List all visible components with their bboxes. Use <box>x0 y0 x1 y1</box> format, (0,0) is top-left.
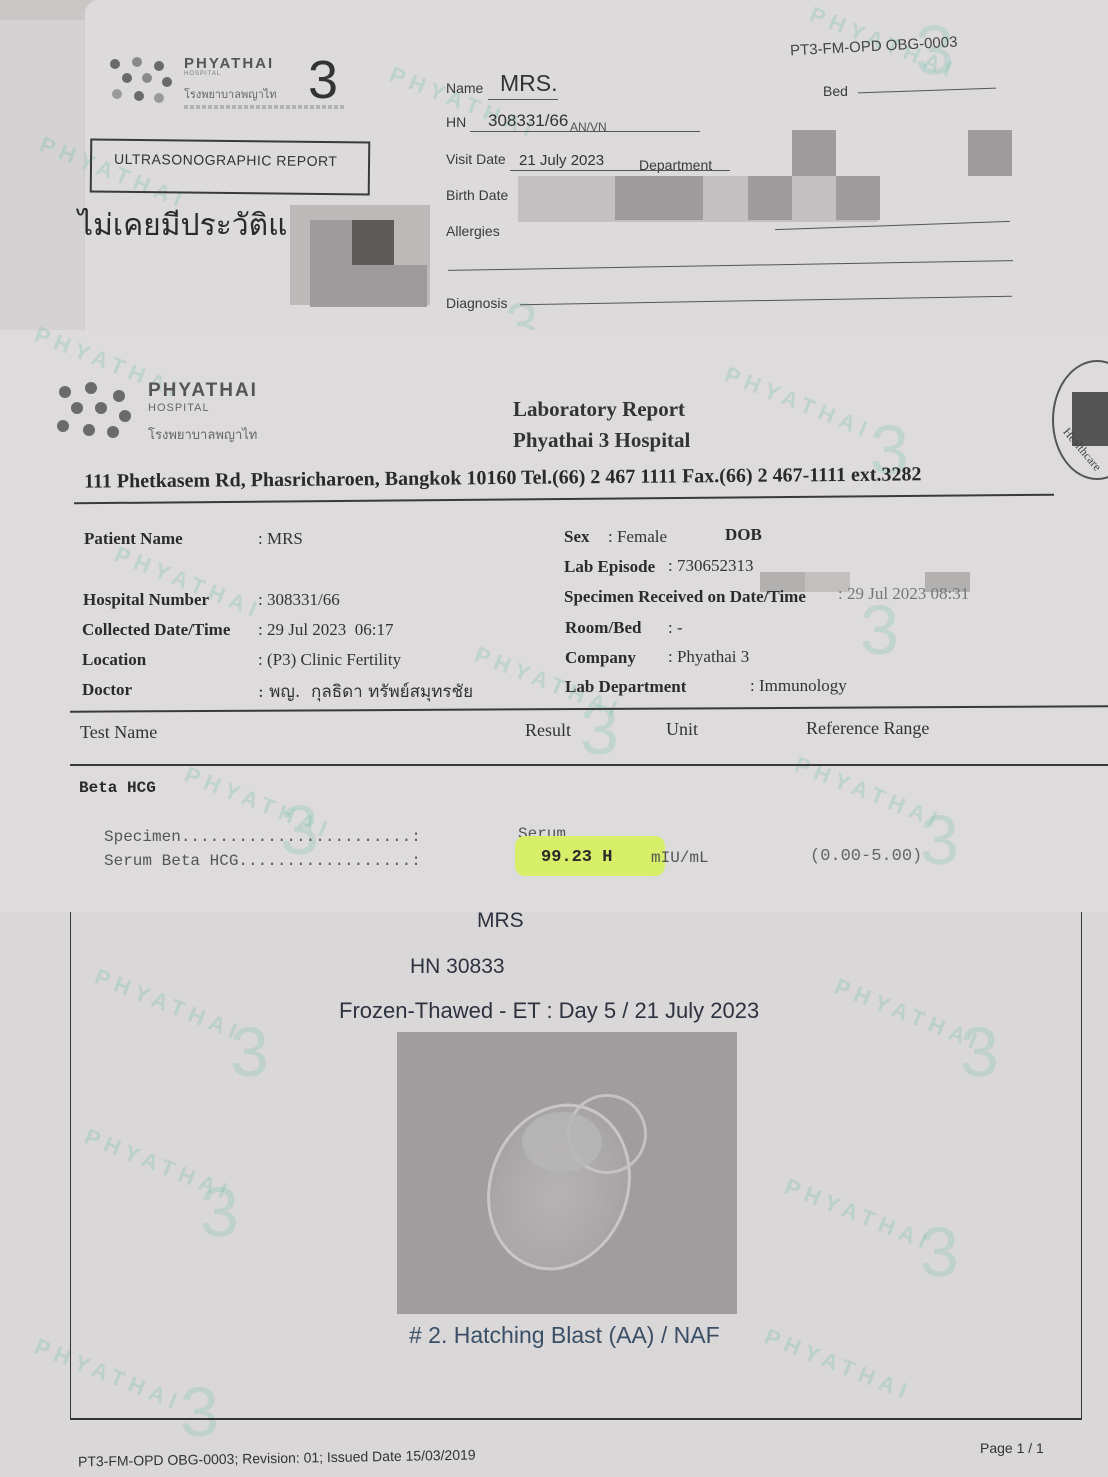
redacted-block <box>792 130 836 176</box>
logo-sub: HOSPITAL <box>184 71 221 77</box>
patient-name-label: Patient Name <box>84 529 183 549</box>
company-value: : Phyathai 3 <box>668 647 749 667</box>
lab-report-title: Laboratory Report <box>513 397 685 422</box>
visit-date-label: Visit Date <box>446 151 506 167</box>
logo-address-line <box>184 105 344 109</box>
redacted-block <box>352 265 427 307</box>
table-header-divider <box>70 764 1108 766</box>
embryo-patient-name: MRS <box>477 909 524 933</box>
lab-department-value: : Immunology <box>750 676 847 696</box>
redacted-block <box>310 220 355 265</box>
embryo-caption: # 2. Hatching Blast (AA) / NAF <box>409 1322 720 1349</box>
beta-hcg-reference-range: (0.00-5.00) <box>810 847 922 866</box>
report-title: ULTRASONOGRAPHIC REPORT <box>114 151 338 169</box>
hn-label: HN <box>446 114 466 130</box>
bed-label: Bed <box>823 83 848 99</box>
room-bed-label: Room/Bed <box>565 618 642 638</box>
redacted-block <box>748 176 792 220</box>
embryo-inner-cell-mass <box>522 1112 602 1172</box>
logo-name: PHYATHAI <box>148 380 258 402</box>
page-number: Page 1 / 1 <box>980 1440 1044 1456</box>
embryo-hn: HN 30833 <box>410 955 505 979</box>
sex-label: Sex <box>564 527 590 547</box>
logo-thai: โรงพยาบาลพญาไท <box>184 85 277 103</box>
embryo-transfer-line: Frozen-Thawed - ET : Day 5 / 21 July 202… <box>339 998 759 1024</box>
test-group-beta-hcg: Beta HCG <box>79 779 156 797</box>
watermark: PHYATHAI <box>111 542 266 625</box>
location-label: Location <box>82 650 146 670</box>
location-value: : (P3) Clinic Fertility <box>258 650 401 670</box>
collected-datetime-label: Collected Date/Time <box>82 620 230 640</box>
lab-episode-value: : 730652313 <box>668 556 753 576</box>
column-reference-range: Reference Range <box>806 718 929 739</box>
embryo-microscope-image <box>397 1032 737 1314</box>
allergies-label: Allergies <box>446 223 500 239</box>
lab-episode-label: Lab Episode <box>564 557 655 577</box>
redacted-block <box>352 220 394 265</box>
hospital-number-value: : 308331/66 <box>258 590 340 610</box>
column-unit: Unit <box>666 719 698 740</box>
logo-sub: HOSPITAL <box>148 402 210 414</box>
beta-hcg-result: 99.23 H <box>541 848 612 867</box>
column-result: Result <box>525 720 571 741</box>
hospital-logo-top: PHYATHAI HOSPITAL โรงพยาบาลพญาไท 3 <box>108 55 348 120</box>
redacted-block <box>968 130 1012 176</box>
logo-number: 3 <box>308 49 338 111</box>
handwritten-thai-note: ไม่เคยมีประวัติแ <box>78 202 287 249</box>
hospital-logo-lab: PHYATHAI HOSPITAL โรงพยาบาลพญาไท <box>55 380 305 440</box>
report-title-box: ULTRASONOGRAPHIC REPORT <box>90 139 371 196</box>
column-test-name: Test Name <box>80 722 157 743</box>
doctor-value: : พญ. กุลธิดา ทรัพย์สมุทรชัย <box>258 678 473 705</box>
specimen-row-name: Specimen........................: <box>104 828 421 846</box>
redacted-block <box>836 176 880 220</box>
company-label: Company <box>565 648 636 668</box>
name-value: MRS. <box>500 70 558 97</box>
lab-report-subtitle: Phyathai 3 Hospital <box>513 428 690 453</box>
doctor-label: Doctor <box>82 680 132 700</box>
redacted-block <box>310 265 355 307</box>
room-bed-value: : - <box>668 618 683 638</box>
visit-date-value: 21 July 2023 <box>519 152 604 169</box>
specimen-received-value: : 29 Jul 2023 08:31 <box>838 584 969 604</box>
collected-datetime-value: : 29 Jul 2023 06:17 <box>258 620 394 640</box>
logo-molecule-icon <box>108 55 172 107</box>
logo-name: PHYATHAI <box>184 55 274 72</box>
hn-value: 308331/66 <box>488 111 568 131</box>
watermark-number: 3 <box>580 690 619 770</box>
lab-department-label: Lab Department <box>565 677 686 697</box>
hospital-number-label: Hospital Number <box>83 590 209 610</box>
visit-underline <box>510 170 730 171</box>
redacted-block <box>615 176 703 220</box>
beta-hcg-unit: mIU/mL <box>651 849 709 867</box>
diagnosis-label: Diagnosis <box>446 295 507 311</box>
patient-name-value: : MRS <box>258 529 303 549</box>
specimen-received-label: Specimen Received on Date/Time <box>564 587 806 607</box>
name-underline <box>488 99 558 100</box>
logo-thai: โรงพยาบาลพญาไท <box>148 424 257 445</box>
birth-date-label: Birth Date <box>446 187 508 203</box>
sex-value: : Female <box>608 527 667 547</box>
hn-underline <box>470 131 700 132</box>
watermark: PHYATHAI <box>721 362 876 445</box>
logo-molecule-icon <box>55 380 133 440</box>
dob-label: DOB <box>725 525 762 545</box>
watermark-number: 3 <box>920 800 959 880</box>
beta-hcg-row-name: Serum Beta HCG..................: <box>104 852 421 870</box>
name-label: Name <box>446 80 483 96</box>
